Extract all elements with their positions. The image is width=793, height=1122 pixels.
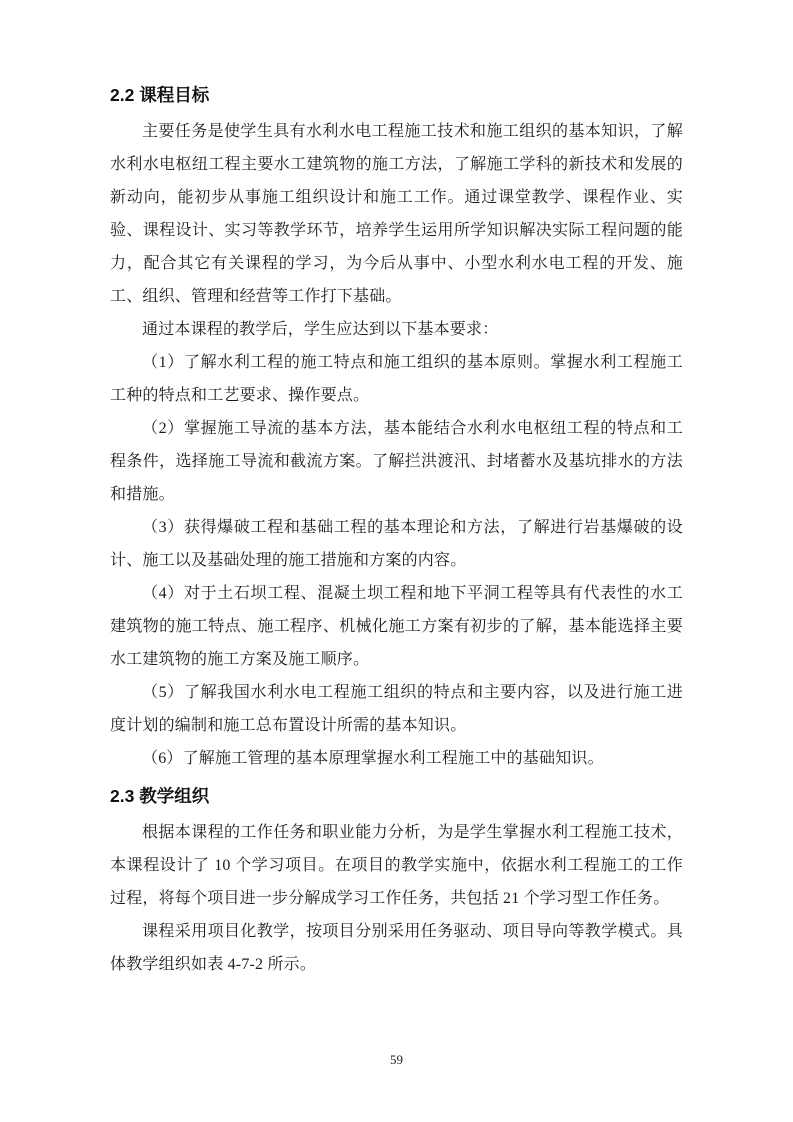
document-page: 2.2 课程目标 主要任务是使学生具有水利水电工程施工技术和施工组织的基本知识，… <box>0 0 793 1122</box>
paragraph: 课程采用项目化教学，按项目分别采用任务驱动、项目导向等教学模式。具体教学组织如表… <box>110 915 683 981</box>
list-item-paragraph-5: （5）了解我国水利水电工程施工组织的特点和主要内容，以及进行施工进度计划的编制和… <box>110 676 683 742</box>
section-heading-teaching-organization: 2.3 教学组织 <box>110 783 683 810</box>
paragraph: 根据本课程的工作任务和职业能力分析，为是学生掌握水利工程施工技术，本课程设计了 … <box>110 816 683 915</box>
paragraph: 主要任务是使学生具有水利水电工程施工技术和施工组织的基本知识，了解水利水电枢纽工… <box>110 115 683 313</box>
page-content: 2.2 课程目标 主要任务是使学生具有水利水电工程施工技术和施工组织的基本知识，… <box>110 82 683 981</box>
list-item-paragraph-3: （3）获得爆破工程和基础工程的基本理论和方法，了解进行岩基爆破的设计、施工以及基… <box>110 511 683 577</box>
list-item-paragraph-6: （6）了解施工管理的基本原理掌握水利工程施工中的基础知识。 <box>110 742 683 775</box>
section-heading-course-objectives: 2.2 课程目标 <box>110 82 683 109</box>
page-number: 59 <box>0 1051 793 1069</box>
list-item-paragraph-2: （2）掌握施工导流的基本方法，基本能结合水利水电枢纽工程的特点和工程条件，选择施… <box>110 412 683 511</box>
list-item-paragraph-1: （1）了解水利工程的施工特点和施工组织的基本原则。掌握水利工程施工工种的特点和工… <box>110 346 683 412</box>
list-item-paragraph-4: （4）对于土石坝工程、混凝土坝工程和地下平洞工程等具有代表性的水工建筑物的施工特… <box>110 577 683 676</box>
paragraph: 通过本课程的教学后，学生应达到以下基本要求： <box>110 313 683 346</box>
